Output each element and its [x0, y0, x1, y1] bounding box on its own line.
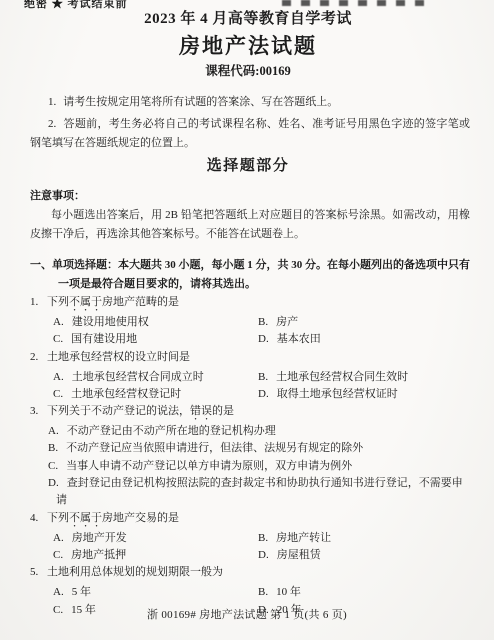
option-text: 土地承包经营权登记时 [71, 388, 181, 400]
question-stem: 3.下列关于不动产登记的说法，错误的是 [30, 403, 466, 423]
option-label: D. [258, 388, 269, 400]
options-list: A.不动产登记由不动产所在地的登记机构办理 B.不动产登记应当依照申请进行，但法… [48, 423, 466, 509]
question-number: 3. [30, 403, 47, 420]
option-c: C.房地产抵押 [53, 547, 258, 564]
option-label: C. [53, 549, 63, 561]
question-stem: 1.下列不属于房地产范畴的是 [30, 294, 466, 314]
option-text: 房产 [276, 316, 298, 328]
option-text: 国有建设用地 [71, 333, 137, 345]
question-4: 4.下列不属于房地产交易的是 A.房地产开发 B.房地产转让 C.房地产抵押 D… [30, 510, 466, 565]
emphasized-text: 不属于 [69, 512, 102, 524]
question-text: 下列 [47, 296, 69, 308]
option-a: A.5 年 [53, 584, 258, 601]
option-a: A.房地产开发 [53, 530, 258, 547]
course-code: 课程代码:00169 [30, 63, 466, 80]
section-heading: 选择题部分 [30, 156, 466, 176]
option-b: B.房产 [258, 314, 466, 331]
option-label: B. [258, 371, 268, 383]
options-grid: A.房地产开发 B.房地产转让 C.房地产抵押 D.房屋租赁 [53, 530, 466, 565]
paper-title: 房地产法试题 [30, 31, 466, 61]
question-text: 的是 [212, 405, 234, 417]
scan-artifact [282, 0, 434, 6]
notes-label: 注意事项： [30, 187, 466, 206]
option-text: 基本农田 [277, 333, 321, 345]
option-label: D. [48, 477, 59, 489]
options-grid: A.土地承包经营权合同成立时 B.土地承包经营权合同生效时 C.土地承包经营权登… [53, 369, 466, 404]
option-text: 土地承包经营权合同生效时 [276, 371, 408, 383]
instruction-number: 2. [48, 118, 56, 130]
question-number: 2. [30, 349, 47, 366]
question-text: 土地承包经营权的设立时间是 [47, 351, 190, 363]
option-label: A. [48, 425, 59, 437]
question-text: 房地产交易的是 [102, 512, 179, 524]
question-stem: 5.土地利用总体规划的规划期限一般为 [30, 564, 466, 584]
notes-text: 每小题选出答案后，用 2B 铅笔把答题纸上对应题目的答案标号涂黑。如需改动，用橡… [30, 206, 470, 244]
question-3: 3.下列关于不动产登记的说法，错误的是 A.不动产登记由不动产所在地的登记机构办… [30, 403, 466, 509]
option-a: A.不动产登记由不动产所在地的登记机构办理 [48, 423, 466, 440]
security-marking-wrap: 绝密 ★ 考试结束前 [24, 0, 128, 9]
instruction-item: 1.请考生按规定用笔将所有试题的答案涂、写在答题纸上。 [30, 93, 466, 112]
question-text: 下列关于不动产登记的说法， [47, 405, 190, 417]
general-instructions: 1.请考生按规定用笔将所有试题的答案涂、写在答题纸上。 2.答题前，考生务必将自… [30, 93, 466, 153]
question-area: 1.下列不属于房地产范畴的是 A.建设用地使用权 B.房产 C.国有建设用地 D… [30, 294, 466, 619]
option-text: 房地产开发 [72, 532, 127, 544]
option-a: A.土地承包经营权合同成立时 [53, 369, 258, 386]
option-label: D. [258, 549, 269, 561]
question-text: 土地利用总体规划的规划期限一般为 [47, 566, 223, 578]
option-label: A. [53, 586, 64, 598]
option-text: 查封登记由登记机构按照法院的查封裁定书和协助执行通知书进行登记，不需要申请 [56, 477, 463, 506]
option-label: C. [53, 333, 63, 345]
part-one-heading: 一、单项选择题：本大题共 30 小题，每小题 1 分，共 30 分。在每小题列出… [30, 256, 470, 294]
page-footer: 浙 00169# 房地产法试题 第 1 页(共 6 页) [0, 606, 494, 622]
option-c: C.土地承包经营权登记时 [53, 386, 258, 403]
option-text: 不动产登记应当依照申请进行，但法律、法规另有规定的除外 [66, 442, 363, 454]
option-label: A. [53, 371, 64, 383]
option-text: 建设用地使用权 [72, 316, 149, 328]
exam-paper-page: 绝密 ★ 考试结束前 2023 年 4 月高等教育自学考试 房地产法试题 课程代… [0, 0, 494, 640]
instruction-item: 2.答题前，考生务必将自己的考试课程名称、姓名、准考证号用黑色字迹的签字笔或钢笔… [30, 115, 470, 153]
instruction-text: 答题前，考生务必将自己的考试课程名称、姓名、准考证号用黑色字迹的签字笔或钢笔填写… [30, 118, 470, 149]
security-marking: 绝密 ★ 考试结束前 [24, 0, 128, 9]
option-d: D.查封登记由登记机构按照法院的查封裁定书和协助执行通知书进行登记，不需要申请 [48, 475, 466, 510]
option-label: C. [48, 460, 58, 472]
emphasized-text: 错误 [190, 405, 212, 417]
question-1: 1.下列不属于房地产范畴的是 A.建设用地使用权 B.房产 C.国有建设用地 D… [30, 294, 466, 349]
option-text: 5 年 [72, 586, 91, 598]
option-c: C.当事人申请不动产登记以单方申请为原则，双方申请为例外 [48, 458, 466, 475]
option-text: 房地产抵押 [71, 549, 126, 561]
option-b: B.土地承包经营权合同生效时 [258, 369, 466, 386]
page-content: 2023 年 4 月高等教育自学考试 房地产法试题 课程代码:00169 1.请… [0, 0, 494, 619]
option-d: D.取得土地承包经营权证时 [258, 386, 466, 403]
question-text: 下列 [47, 512, 69, 524]
question-number: 1. [30, 294, 47, 311]
option-b: B.不动产登记应当依照申请进行，但法律、法规另有规定的除外 [48, 440, 466, 457]
option-b: B.房地产转让 [258, 530, 466, 547]
question-text: 房地产范畴的是 [102, 296, 179, 308]
instruction-text: 请考生按规定用笔将所有试题的答案涂、写在答题纸上。 [63, 96, 338, 108]
option-label: B. [258, 586, 268, 598]
option-text: 房地产转让 [276, 532, 331, 544]
question-number: 4. [30, 510, 47, 527]
option-text: 取得土地承包经营权证时 [277, 388, 398, 400]
option-b: B.10 年 [258, 584, 466, 601]
option-text: 不动产登记由不动产所在地的登记机构办理 [67, 425, 276, 437]
option-label: D. [258, 333, 269, 345]
options-grid: A.建设用地使用权 B.房产 C.国有建设用地 D.基本农田 [53, 314, 466, 349]
emphasized-text: 不属于 [69, 296, 102, 308]
option-d: D.基本农田 [258, 331, 466, 348]
option-text: 土地承包经营权合同成立时 [72, 371, 204, 383]
option-label: A. [53, 316, 64, 328]
option-text: 10 年 [276, 586, 301, 598]
question-stem: 2.土地承包经营权的设立时间是 [30, 349, 466, 369]
option-label: A. [53, 532, 64, 544]
option-label: B. [258, 316, 268, 328]
option-label: B. [48, 442, 58, 454]
option-a: A.建设用地使用权 [53, 314, 258, 331]
option-c: C.国有建设用地 [53, 331, 258, 348]
question-number: 5. [30, 564, 47, 581]
exam-session-title: 2023 年 4 月高等教育自学考试 [30, 9, 466, 29]
option-d: D.房屋租赁 [258, 547, 466, 564]
option-text: 房屋租赁 [277, 549, 321, 561]
question-stem: 4.下列不属于房地产交易的是 [30, 510, 466, 530]
option-label: C. [53, 388, 63, 400]
question-2: 2.土地承包经营权的设立时间是 A.土地承包经营权合同成立时 B.土地承包经营权… [30, 349, 466, 404]
instruction-number: 1. [48, 96, 56, 108]
option-text: 当事人申请不动产登记以单方申请为原则，双方申请为例外 [66, 460, 352, 472]
option-label: B. [258, 532, 268, 544]
